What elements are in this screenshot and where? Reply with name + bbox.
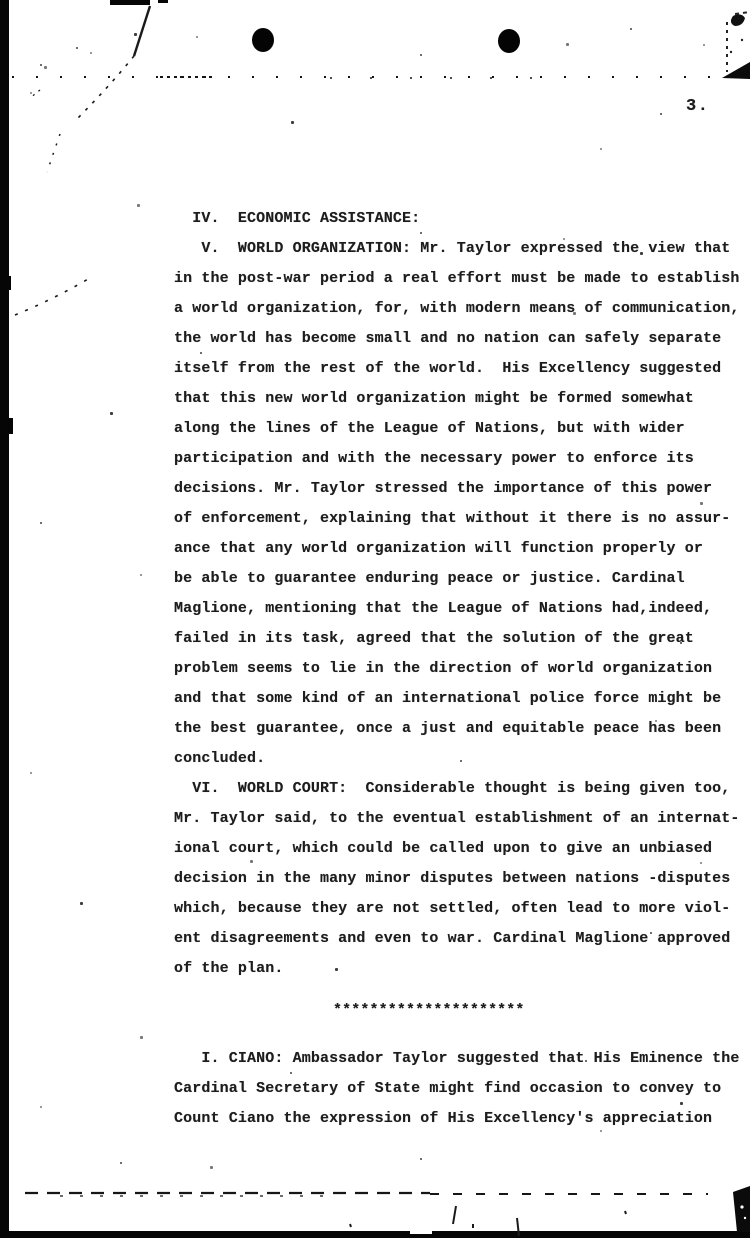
speckle-dot — [90, 52, 92, 54]
text-line: a world organization, for, with modern m… — [174, 294, 740, 324]
scan-edge-bottom-thin — [410, 1234, 432, 1238]
text-line: participation and with the necessary pow… — [174, 444, 740, 474]
text-line: decisions. Mr. Taylor stressed the impor… — [174, 474, 740, 504]
text-line: decision in the many minor disputes betw… — [174, 864, 740, 894]
section-world-court: VI. WORLD COURT: Considerable thought is… — [174, 774, 740, 984]
speckle-dot — [110, 412, 113, 415]
speckle-dot — [137, 204, 140, 207]
speckle-dot — [420, 54, 422, 56]
text-line: IV. ECONOMIC ASSISTANCE: — [174, 204, 740, 234]
speckle-dot — [120, 1162, 122, 1164]
speckle-dot — [40, 522, 42, 524]
section-ciano: I. CIANO: Ambassador Taylor suggested th… — [174, 1044, 740, 1134]
speckle-dot — [196, 36, 198, 38]
text-line: Maglione, mentioning that the League of … — [174, 594, 740, 624]
speckle-dot — [660, 113, 662, 115]
hole-punch-mark — [252, 28, 274, 52]
text-line: VI. WORLD COURT: Considerable thought is… — [174, 774, 740, 804]
speckle-dot — [76, 47, 78, 49]
speckle-dot — [291, 121, 294, 124]
scan-edge-top-dash2 — [158, 0, 168, 3]
speckle-dot — [80, 902, 83, 905]
speckle-dot — [420, 1158, 422, 1160]
scan-edge-left-bump — [0, 418, 13, 434]
scan-edge-left-bump2 — [0, 276, 11, 290]
speckle-dot — [40, 1106, 42, 1108]
text-line: ional court, which could be called upon … — [174, 834, 740, 864]
crease-marks — [15, 6, 150, 315]
text-line: problem seems to lie in the direction of… — [174, 654, 740, 684]
text-line: of enforcement, explaining that without … — [174, 504, 740, 534]
speckle-dot — [30, 772, 32, 774]
text-line: ent disagreements and even to war. Cardi… — [174, 924, 740, 954]
torn-corner-mark-bottom-right — [733, 1186, 750, 1232]
text-line: ance that any world organization will fu… — [174, 534, 740, 564]
text-line: Mr. Taylor said, to the eventual establi… — [174, 804, 740, 834]
scanned-document-page: 3. IV. ECONOMIC ASSISTANCE: V. WORLD ORG… — [0, 0, 750, 1238]
text-line: and that some kind of an international p… — [174, 684, 740, 714]
text-line: be able to guarantee enduring peace or j… — [174, 564, 740, 594]
page-number: 3. — [686, 97, 709, 116]
speckle-dot — [134, 33, 137, 36]
text-line: along the lines of the League of Nations… — [174, 414, 740, 444]
document-body-text: IV. ECONOMIC ASSISTANCE: V. WORLD ORGANI… — [174, 204, 740, 984]
torn-corner-mark-top-right — [722, 12, 750, 79]
text-line: V. WORLD ORGANIZATION: Mr. Taylor expres… — [174, 234, 740, 264]
speckle-dot — [630, 28, 632, 30]
speckle-dot — [140, 574, 142, 576]
text-line: Count Ciano the expression of His Excell… — [174, 1104, 740, 1134]
hole-punch-mark — [498, 29, 520, 53]
text-line: in the post-war period a real effort mus… — [174, 264, 740, 294]
text-line: that this new world organization might b… — [174, 384, 740, 414]
text-line: failed in its task, agreed that the solu… — [174, 624, 740, 654]
section-world-organization: V. WORLD ORGANIZATION: Mr. Taylor expres… — [174, 234, 740, 774]
text-line: concluded. — [174, 744, 740, 774]
scan-edge-bottom2 — [432, 1231, 750, 1238]
text-line: the world has become small and no nation… — [174, 324, 740, 354]
speckle-dot — [30, 92, 32, 94]
speckle-dot — [210, 1166, 213, 1169]
speckle-dot — [40, 64, 42, 66]
text-line: of the plan. — [174, 954, 740, 984]
section-economic-assistance: IV. ECONOMIC ASSISTANCE: — [174, 204, 740, 234]
text-line: Cardinal Secretary of State might find o… — [174, 1074, 740, 1104]
dashed-rule-bottom — [25, 1193, 708, 1196]
scratch-ticks-bottom — [350, 1206, 626, 1236]
text-line: I. CIANO: Ambassador Taylor suggested th… — [174, 1044, 740, 1074]
scan-edge-top-dash — [110, 0, 150, 5]
speckle-dot — [44, 66, 47, 69]
text-line: itself from the rest of the world. His E… — [174, 354, 740, 384]
speckle-dot — [566, 43, 569, 46]
speckle-dot — [600, 148, 602, 150]
scan-edge-bottom — [6, 1231, 410, 1238]
asterisk-separator: ********************* — [333, 996, 525, 1026]
speckle-dot — [140, 1036, 143, 1039]
text-line: which, because they are not settled, oft… — [174, 894, 740, 924]
text-line: the best guarantee, once a just and equi… — [174, 714, 740, 744]
scan-edge-left — [0, 0, 9, 1238]
speckle-dot — [703, 44, 705, 46]
